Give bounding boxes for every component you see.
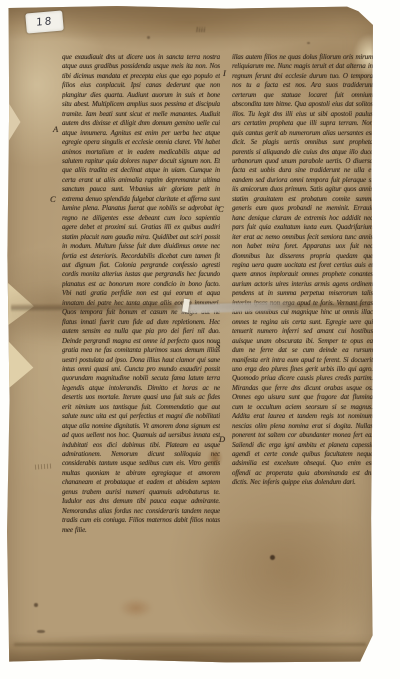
folio-number-label: 18 [25, 10, 64, 33]
text-column-left: que exaudiauit dns ut dicere uos in sanc… [62, 53, 220, 551]
marginal-initial: D [219, 434, 225, 444]
stain [119, 598, 153, 618]
running-header: liii [196, 26, 206, 34]
ink-speck [307, 42, 310, 44]
marginal-initial: S [216, 340, 220, 350]
ink-speck [270, 555, 275, 560]
edge-damage-patch [7, 334, 38, 392]
bottom-fold-ridge [14, 643, 365, 646]
text-column-right: illas autem filios ne quas dolus filioru… [232, 53, 373, 551]
ink-speck [34, 603, 38, 607]
edge-damage-patch [7, 282, 34, 326]
bottom-soil-band [7, 635, 373, 663]
manuscript-photo: liii que exaudiauit dns ut dicere uos in… [0, 0, 400, 679]
edge-damage-patch [7, 98, 22, 146]
marginal-initial: A [53, 124, 58, 134]
marginal-annotation [35, 463, 53, 469]
marginal-initial: I [223, 68, 226, 78]
parchment-leaf: liii que exaudiauit dns ut dicere uos in… [7, 6, 373, 663]
ink-speck [37, 630, 45, 633]
marginal-initial: C [50, 194, 56, 204]
folio-number: 18 [36, 15, 54, 29]
ink-speck [147, 36, 150, 39]
marginal-initial: C [218, 204, 224, 214]
